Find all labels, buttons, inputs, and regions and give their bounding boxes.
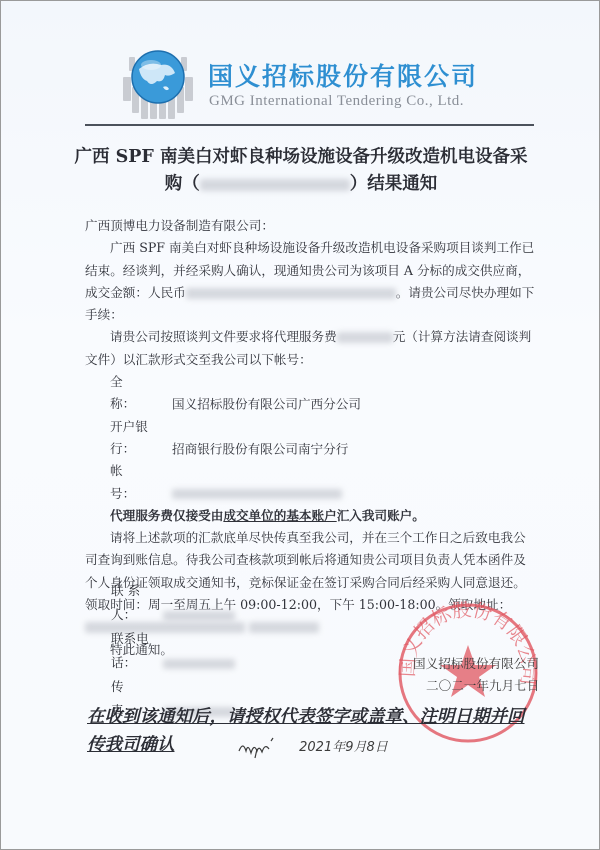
signature-scribble-icon	[237, 737, 279, 759]
title-line-1: 广西 SPF 南美白对虾良种场设施设备升级改造机电设备采	[75, 147, 528, 167]
salutation: 广西顶博电力设备制造有限公司：	[85, 215, 535, 237]
redacted-account-number	[172, 489, 342, 499]
redacted-fee	[337, 332, 393, 343]
redacted-phone	[163, 659, 235, 669]
contact-phone-row: 联系电话：	[111, 627, 235, 675]
letterhead: 国义招标股份有限公司 GMG International Tendering C…	[111, 41, 531, 121]
scanned-letter-page: 国义招标股份有限公司 GMG International Tendering C…	[0, 0, 600, 850]
company-name-cn: 国义招标股份有限公司	[208, 57, 478, 93]
contact-person-row: 联 系 人：	[111, 579, 235, 627]
account-name-row: 全 称：国义招标股份有限公司广西分公司	[85, 371, 535, 416]
redacted-contact-names	[163, 611, 235, 621]
paragraph-fee: 请贵公司按照谈判文件要求将代理服务费元（计算方法请查阅谈判文件）以汇款形式交至我…	[85, 326, 535, 371]
redacted-project-number	[200, 179, 350, 191]
title-line-2: 购（）结果通知	[61, 171, 541, 198]
header-divider	[85, 124, 534, 126]
signing-organization: 国义招标股份有限公司	[413, 653, 539, 672]
paragraph-award: 广西 SPF 南美白对虾良种场设施设备升级改造机电设备采购项目谈判工作已结束。经…	[85, 237, 535, 326]
globe-gear-logo-icon	[119, 47, 197, 121]
handwritten-signature: 2021年9月8日	[237, 736, 388, 759]
payment-notice: 代理服务费仅接受由成交单位的基本账户汇入我司账户。	[85, 505, 535, 527]
ack-line-1: 在收到该通知后，请授权代表签字或盖章、注明日期并回	[87, 703, 537, 731]
account-number-row: 帐 号：	[85, 460, 535, 505]
company-name-en: GMG International Tendering Co., Ltd.	[209, 93, 464, 110]
handwritten-date: 2021年9月8日	[299, 740, 388, 755]
contact-block: 联 系 人： 联系电话： 传 真：	[111, 579, 235, 723]
redacted-amount	[186, 288, 396, 299]
ack-line-2: 传我司确认	[87, 735, 175, 755]
signing-date: 二〇二一年九月七日	[426, 675, 539, 694]
document-title: 广西 SPF 南美白对虾良种场设施设备升级改造机电设备采 购（）结果通知	[61, 144, 541, 198]
account-bank-row: 开户银行：招商银行股份有限公司南宁分行	[85, 416, 535, 461]
